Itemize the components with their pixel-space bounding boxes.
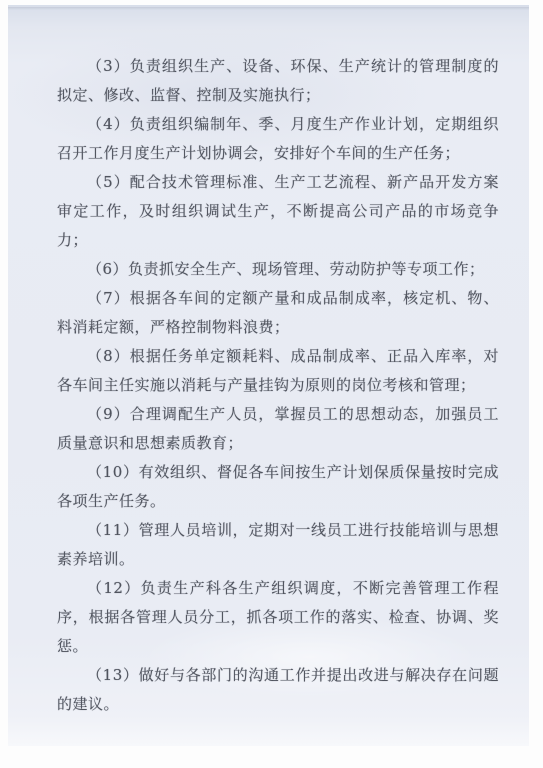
- item-marker: （7）: [87, 289, 130, 307]
- item-marker: （12）: [87, 579, 141, 597]
- document-text-block: （3）负责组织生产、设备、环保、生产统计的管理制度的拟定、修改、监督、控制及实施…: [57, 52, 499, 719]
- item-marker: （9）: [87, 405, 130, 423]
- scanned-page-canvas: （3）负责组织生产、设备、环保、生产统计的管理制度的拟定、修改、监督、控制及实施…: [0, 0, 543, 768]
- item-marker: （11）: [87, 521, 139, 539]
- item-marker: （5）: [87, 173, 130, 191]
- list-item-4: （4）负责组织编制年、季、月度生产作业计划，定期组织召开工作月度生产计划协调会，…: [57, 110, 499, 168]
- item-marker: （4）: [87, 115, 130, 133]
- list-item-12: （12）负责生产科各生产组织调度，不断完善管理工作程序，根据各管理人员分工，抓各…: [57, 574, 499, 661]
- list-item-11: （11）管理人员培训，定期对一线员工进行技能培训与思想素养培训。: [57, 516, 499, 574]
- item-marker: （10）: [87, 463, 139, 481]
- item-marker: （6）: [87, 260, 128, 278]
- list-item-7: （7）根据各车间的定额产量和成品制成率，核定机、物、料消耗定额，严格控制物料浪费…: [57, 284, 499, 342]
- list-item-6: （6）负责抓安全生产、现场管理、劳动防护等专项工作；: [57, 255, 499, 284]
- list-item-10: （10）有效组织、督促各车间按生产计划保质保量按时完成各项生产任务。: [57, 458, 499, 516]
- item-marker: （3）: [87, 57, 130, 75]
- list-item-9: （9）合理调配生产人员，掌握员工的思想动态，加强员工质量意识和思想素质教育；: [57, 400, 499, 458]
- item-marker: （8）: [87, 347, 130, 365]
- item-marker: （13）: [87, 666, 139, 684]
- scan-edge-shadow: [8, 7, 529, 10]
- list-item-8: （8）根据任务单定额耗料、成品制成率、正品入库率，对各车间主任实施以消耗与产量挂…: [57, 342, 499, 400]
- list-item-5: （5）配合技术管理标准、生产工艺流程、新产品开发方案审定工作，及时组织调试生产，…: [57, 168, 499, 255]
- list-item-3: （3）负责组织生产、设备、环保、生产统计的管理制度的拟定、修改、监督、控制及实施…: [57, 52, 499, 110]
- list-item-13: （13）做好与各部门的沟通工作并提出改进与解决存在问题的建议。: [57, 661, 499, 719]
- item-body: 负责抓安全生产、现场管理、劳动防护等专项工作；: [128, 260, 485, 278]
